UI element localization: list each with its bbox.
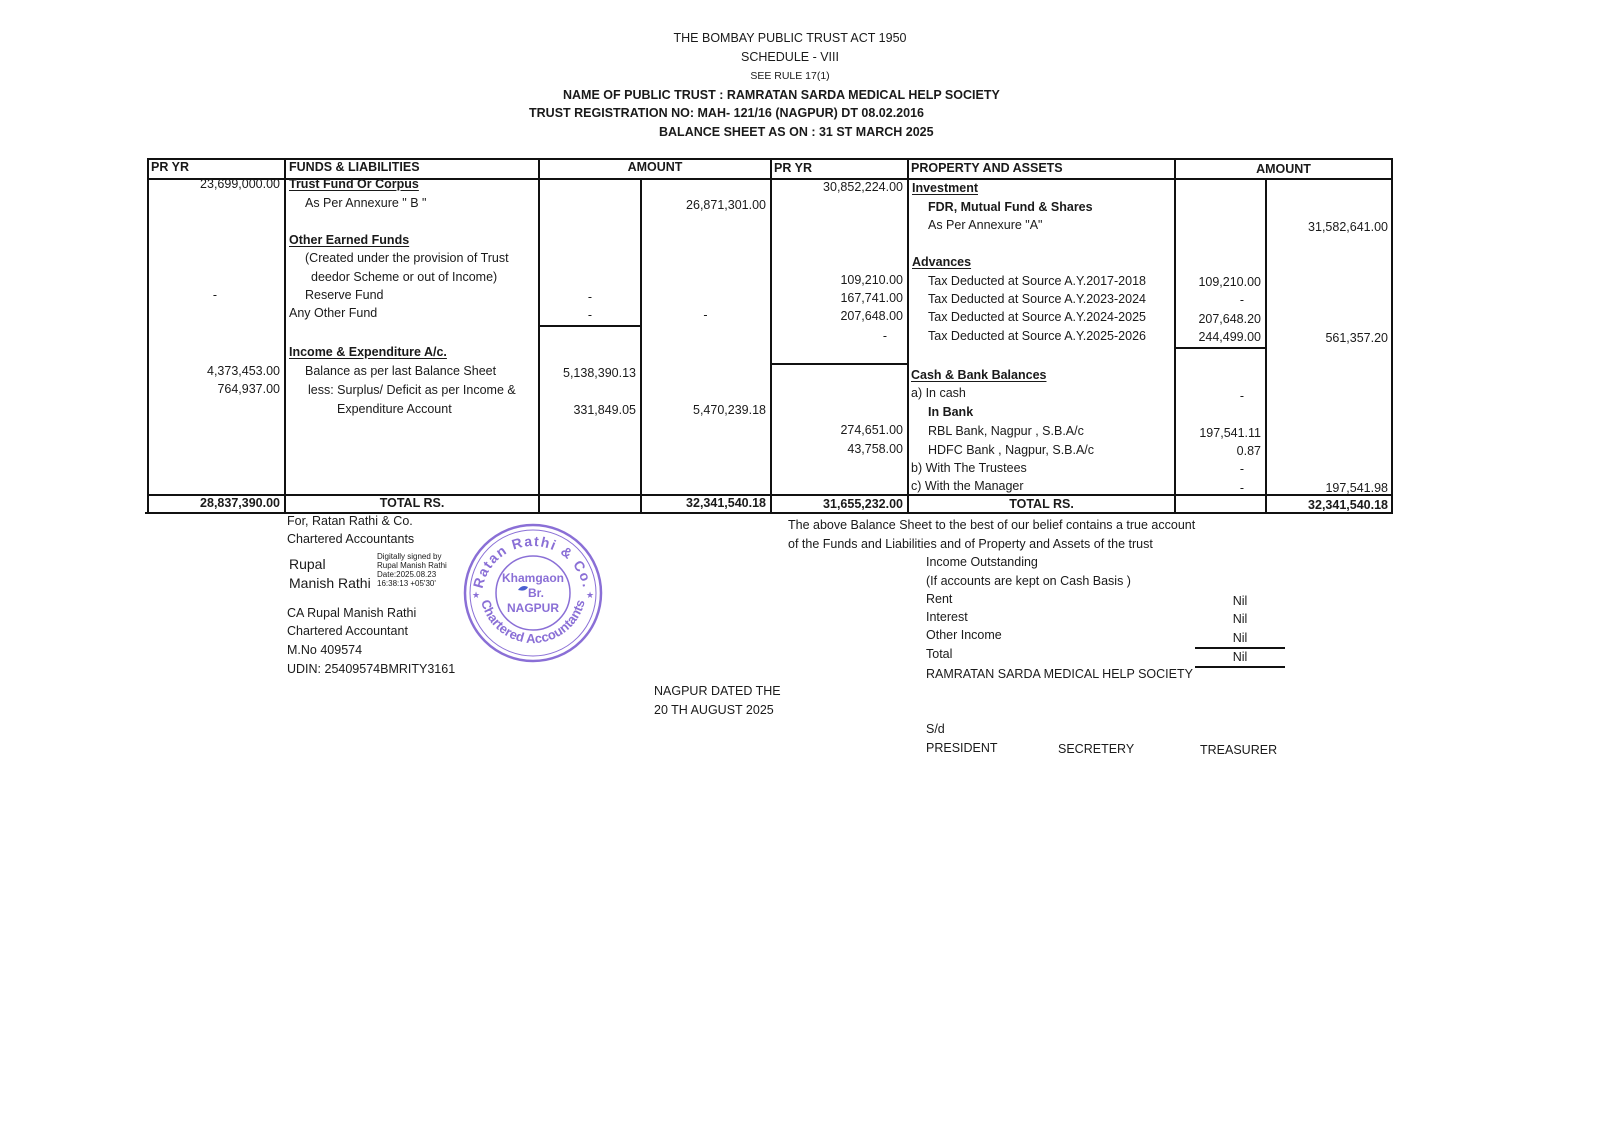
total-rule-top xyxy=(1195,647,1285,649)
president-signatory: PRESIDENT xyxy=(926,741,998,755)
hdfc-bank-amount: 0.87 xyxy=(1177,444,1261,458)
place-dated-line: NAGPUR DATED THE xyxy=(654,684,781,698)
svg-text:★: ★ xyxy=(586,590,594,600)
tds-amount: 244,499.00 xyxy=(1177,330,1261,344)
signed-abbreviation: S/d xyxy=(926,722,945,736)
manager-label: c) With the Manager xyxy=(911,479,1024,493)
society-name: RAMRATAN SARDA MEDICAL HELP SOCIETY xyxy=(926,667,1193,681)
any-other-fund-amount: - xyxy=(540,308,640,322)
created-under-text: (Created under the provision of Trust xyxy=(305,251,509,265)
surplus-label-continued: Expenditure Account xyxy=(337,402,452,416)
advances-total: 561,357.20 xyxy=(1268,331,1388,345)
in-cash-amount: - xyxy=(1177,389,1307,403)
auditor-firm: For, Ratan Rathi & Co. xyxy=(287,514,413,528)
ca-title: Chartered Accountant xyxy=(287,624,408,638)
digital-signature-line: Rupal Manish Rathi xyxy=(377,561,447,570)
income-outstanding-label: Income Outstanding xyxy=(926,555,1038,569)
hdfc-bank-label: HDFC Bank , Nagpur, S.B.A/c xyxy=(928,443,1094,457)
liabilities-total-pr-yr: 28,837,390.00 xyxy=(150,496,280,510)
assets-total-label: TOTAL RS. xyxy=(909,497,1174,511)
tds-label: Tax Deducted at Source A.Y.2023-2024 xyxy=(928,292,1146,306)
income-item-value: Nil xyxy=(1195,650,1285,664)
declaration-line-1: The above Balance Sheet to the best of o… xyxy=(788,518,1195,532)
deed-scheme-text: deedor Scheme or out of Income) xyxy=(311,270,497,284)
column-header-amount-right: AMOUNT xyxy=(1176,162,1391,176)
rbl-bank-amount: 197,541.11 xyxy=(1177,426,1261,440)
schedule-title: SCHEDULE - VIII xyxy=(600,50,980,64)
cash-basis-note: (If accounts are kept on Cash Basis ) xyxy=(926,574,1131,588)
trust-name: NAME OF PUBLIC TRUST : RAMRATAN SARDA ME… xyxy=(563,88,1000,102)
cash-bank-total: 197,541.98 xyxy=(1268,481,1388,495)
tds-amount: 207,648.20 xyxy=(1177,312,1261,326)
tds-label: Tax Deducted at Source A.Y.2024-2025 xyxy=(928,310,1146,324)
tds-amount: - xyxy=(1177,293,1307,307)
stamp-inner-branch: Br. xyxy=(528,586,544,600)
stamp-inner-location: NAGPUR xyxy=(507,601,559,615)
advances-heading: Advances xyxy=(912,255,971,269)
surplus-amount: 331,849.05 xyxy=(540,403,636,417)
reserve-fund-label: Reserve Fund xyxy=(305,288,384,302)
income-item-label: Interest xyxy=(926,610,968,624)
rbl-bank-pr-yr: 274,651.00 xyxy=(773,423,903,437)
income-item-label: Rent xyxy=(926,592,952,606)
firm-stamp: Ratan Rathi & Co. Chartered Accountants … xyxy=(462,522,604,664)
ca-name: CA Rupal Manish Rathi xyxy=(287,606,416,620)
auditor-firm-type: Chartered Accountants xyxy=(287,532,414,546)
trustees-amount: - xyxy=(1177,462,1307,476)
balance-pr-yr: 4,373,453.00 xyxy=(150,364,280,378)
balance-sheet-date: BALANCE SHEET AS ON : 31 ST MARCH 2025 xyxy=(659,125,934,139)
fdr-mutual-fund-label: FDR, Mutual Fund & Shares xyxy=(928,200,1093,214)
treasurer-signatory: TREASURER xyxy=(1200,743,1277,757)
trustees-label: b) With The Trustees xyxy=(911,461,1027,475)
in-cash-label: a) In cash xyxy=(911,386,966,400)
udin-number: UDIN: 25409574BMRITY3161 xyxy=(287,662,455,676)
income-expenditure-heading: Income & Expenditure A/c. xyxy=(289,345,447,359)
any-other-fund-total: - xyxy=(643,308,768,322)
column-header-pr-yr-right: PR YR xyxy=(774,161,812,175)
assets-total-pr-yr: 31,655,232.00 xyxy=(773,497,903,511)
annexure-b-label: As Per Annexure " B " xyxy=(305,196,426,210)
rbl-bank-label: RBL Bank, Nagpur , S.B.A/c xyxy=(928,424,1084,438)
tds-pr-yr: 207,648.00 xyxy=(773,309,903,323)
cash-bank-heading: Cash & Bank Balances xyxy=(911,368,1046,382)
income-item-label: Other Income xyxy=(926,628,1002,642)
tds-amount: 109,210.00 xyxy=(1177,275,1261,289)
column-header-amount-left: AMOUNT xyxy=(540,160,770,174)
act-title: THE BOMBAY PUBLIC TRUST ACT 1950 xyxy=(600,31,980,45)
tds-label: Tax Deducted at Source A.Y.2025-2026 xyxy=(928,329,1146,343)
annexure-b-amount: 26,871,301.00 xyxy=(643,198,766,212)
trust-fund-heading: Trust Fund Or Corpus xyxy=(289,177,419,191)
liabilities-total-amount: 32,341,540.18 xyxy=(643,496,766,510)
reserve-fund-pr-yr: - xyxy=(150,288,280,302)
income-item-value: Nil xyxy=(1195,594,1285,608)
income-item-value: Nil xyxy=(1195,631,1285,645)
other-earned-funds-heading: Other Earned Funds xyxy=(289,233,409,247)
in-bank-label: In Bank xyxy=(928,405,973,419)
liabilities-total-label: TOTAL RS. xyxy=(286,496,538,510)
reserve-fund-amount: - xyxy=(540,290,640,304)
declaration-line-2: of the Funds and Liabilities and of Prop… xyxy=(788,537,1153,551)
tds-label: Tax Deducted at Source A.Y.2017-2018 xyxy=(928,274,1146,288)
tds-pr-yr: 109,210.00 xyxy=(773,273,903,287)
any-other-fund-label: Any Other Fund xyxy=(289,306,377,320)
column-header-property-assets: PROPERTY AND ASSETS xyxy=(911,161,1063,175)
trust-registration: TRUST REGISTRATION NO: MAH- 121/16 (NAGP… xyxy=(529,106,924,120)
investment-amount: 31,582,641.00 xyxy=(1268,220,1388,234)
surplus-pr-yr: 764,937.00 xyxy=(150,382,280,396)
total-rule-bottom xyxy=(1195,666,1285,668)
annexure-a-label: As Per Annexure "A" xyxy=(928,218,1043,232)
place-dated-date: 20 TH AUGUST 2025 xyxy=(654,703,774,717)
tds-pr-yr: 167,741.00 xyxy=(773,291,903,305)
trust-fund-pr-yr: 23,699,000.00 xyxy=(150,177,280,191)
digital-signature-block: Digitally signed by Rupal Manish Rathi D… xyxy=(377,552,447,588)
income-expenditure-total: 5,470,239.18 xyxy=(643,403,766,417)
investment-heading: Investment xyxy=(912,181,978,195)
assets-total-amount: 32,341,540.18 xyxy=(1268,498,1388,512)
rule-reference: SEE RULE 17(1) xyxy=(600,70,980,82)
stamp-inner-city: Khamgaon xyxy=(502,571,564,585)
income-item-value: Nil xyxy=(1195,612,1285,626)
membership-number: M.No 409574 xyxy=(287,643,362,657)
svg-text:★: ★ xyxy=(472,590,480,600)
surplus-label: less: Surplus/ Deficit as per Income & xyxy=(308,383,516,397)
balance-amount: 5,138,390.13 xyxy=(540,366,636,380)
income-item-label: Total xyxy=(926,647,952,661)
signature-name-last: Manish Rathi xyxy=(289,575,371,591)
column-header-pr-yr-left: PR YR xyxy=(151,160,189,174)
digital-signature-line: 16:38:13 +05'30' xyxy=(377,579,447,588)
hdfc-bank-pr-yr: 43,758.00 xyxy=(773,442,903,456)
digital-signature-line: Date:2025.08.23 xyxy=(377,570,447,579)
balance-label: Balance as per last Balance Sheet xyxy=(305,364,496,378)
digital-signature-line: Digitally signed by xyxy=(377,552,447,561)
secretary-signatory: SECRETERY xyxy=(1058,742,1134,756)
signature-name-first: Rupal xyxy=(289,556,326,572)
column-header-funds-liabilities: FUNDS & LIABILITIES xyxy=(289,160,420,174)
investment-pr-yr: 30,852,224.00 xyxy=(773,180,903,194)
